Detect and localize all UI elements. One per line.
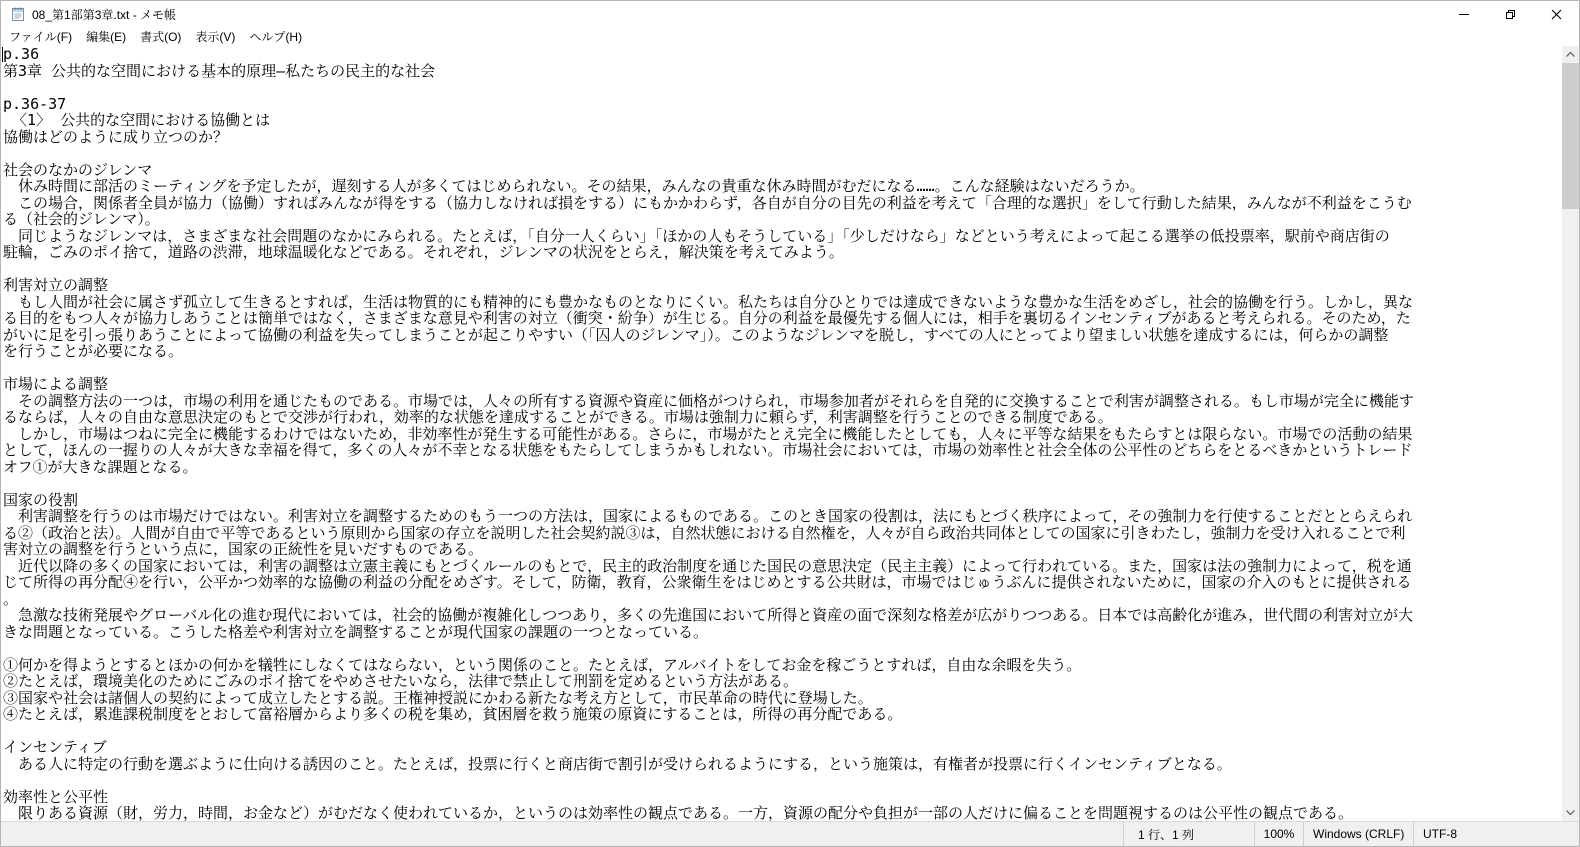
menu-view[interactable]: 表示(V) [188, 26, 242, 47]
text-line: る（社会的ジレンマ）。 [3, 211, 1562, 228]
text-line [3, 475, 1562, 492]
text-line: 駐輪，ごみのポイ捨て，道路の渋滞，地球温暖化などである。それぞれ，ジレンマの状況… [3, 244, 1562, 261]
close-icon [1551, 9, 1562, 20]
text-line [3, 360, 1562, 377]
text-line: 害対立の調整を行うという点に，国家の正統性を見いだすものである。 [3, 541, 1562, 558]
text-line: 同じようなジレンマは，さまざまな社会問題のなかにみられる。たとえば，「自分一人く… [3, 228, 1562, 245]
scroll-up-button[interactable] [1562, 46, 1579, 63]
chevron-up-icon [1566, 52, 1575, 57]
menu-file[interactable]: ファイル(F) [2, 26, 79, 47]
text-line: じて所得の再分配④を行い，公平かつ効率的な協働の利益の分配をめざす。そして，防衛… [3, 574, 1562, 591]
text-line: 利害対立の調整 [3, 277, 1562, 294]
text-line: 協働はどのように成り立つのか？ [3, 129, 1562, 146]
status-line-ending: Windows (CRLF) [1303, 822, 1413, 846]
status-cursor-position: 1 行、1 列 [1123, 822, 1254, 846]
text-line: る②（政治と法）。人間が自由で平等であるという原則から国家の存立を説明した社会契… [3, 525, 1562, 542]
text-line: として，ほんの一握りの人々が大きな幸福を得て，多くの人々が不幸となる状態をもたら… [3, 442, 1562, 459]
text-line: 休み時間に部活のミーティングを予定したが，遅刻する人が多くてはじめられない。その… [3, 178, 1562, 195]
text-line: p.36-37 [3, 96, 1562, 113]
text-line: ①何かを得ようとするとほかの何かを犠牲にしなくてはならない，という関係のこと。た… [3, 657, 1562, 674]
minimize-icon [1459, 14, 1469, 15]
text-line [3, 723, 1562, 740]
text-line: ③国家や社会は諸個人の契約によって成立したとする説。王権神授説にかわる新たな考え… [3, 690, 1562, 707]
menu-help[interactable]: ヘルプ(H) [242, 26, 309, 47]
menu-bar: ファイル(F)編集(E)書式(O)表示(V)ヘルプ(H) [1, 27, 1579, 46]
document-text: p.36第3章 公共的な空間における基本的原理―私たちの民主的な社会p.36-3… [3, 46, 1562, 821]
text-line [3, 145, 1562, 162]
text-line [3, 772, 1562, 789]
status-encoding: UTF-8 [1413, 822, 1580, 846]
text-line: るならば，人々の自由な意思決定のもとで交渉が行われ，効率的な状態を達成することが… [3, 409, 1562, 426]
text-line: 限りある資源（財，労力，時間，お金など）がむだなく使われているか，というのは効率… [3, 805, 1562, 821]
text-line: 市場による調整 [3, 376, 1562, 393]
text-line: を行うことが必要になる。 [3, 343, 1562, 360]
window-title: 08_第1部第3章.txt - メモ帳 [32, 6, 176, 23]
text-line: 近代以降の多くの国家においては，利害の調整は立憲主義にもとづくルールのもとで，民… [3, 558, 1562, 575]
text-line [3, 261, 1562, 278]
text-line: る目的をもつ人々が協力しあうことは簡単ではなく，さまざまな意見や利害の対立（衝突… [3, 310, 1562, 327]
status-bar: 1 行、1 列 100% Windows (CRLF) UTF-8 [1, 821, 1579, 846]
chevron-down-icon [1566, 810, 1575, 815]
text-line: しかし，市場はつねに完全に機能するわけではないため，非効率性が発生する可能性があ… [3, 426, 1562, 443]
text-line: がいに足を引っ張りあうことによって協働の利益を失ってしまうことが起こりやすい（「… [3, 327, 1562, 344]
text-line: p.36 [3, 46, 1562, 63]
text-line: 第3章 公共的な空間における基本的原理―私たちの民主的な社会 [3, 63, 1562, 80]
window-controls [1441, 1, 1579, 27]
text-line: この場合，関係者全員が協力（協働）すればみんなが得をする（協力しなければ損をする… [3, 195, 1562, 212]
scrollbar-thumb[interactable] [1562, 63, 1579, 209]
notepad-window: 08_第1部第3章.txt - メモ帳 ファイル(F)編集(E)書式(O)表示(… [0, 0, 1580, 847]
restore-icon [1505, 9, 1516, 20]
notepad-icon [10, 6, 26, 22]
menu-format[interactable]: 書式(O) [133, 26, 188, 47]
menu-edit[interactable]: 編集(E) [79, 26, 133, 47]
minimize-button[interactable] [1441, 1, 1487, 27]
close-button[interactable] [1533, 1, 1579, 27]
text-line: 利害調整を行うのは市場だけではない。利害対立を調整するためのもう一つの方法は，国… [3, 508, 1562, 525]
text-editor-area[interactable]: p.36第3章 公共的な空間における基本的原理―私たちの民主的な社会p.36-3… [1, 46, 1579, 821]
text-line: オフ①が大きな課題となる。 [3, 459, 1562, 476]
text-line [3, 79, 1562, 96]
text-line: 。 [3, 591, 1562, 608]
restore-button[interactable] [1487, 1, 1533, 27]
text-line: 〈1〉 公共的な空間における協働とは [3, 112, 1562, 129]
text-line: ④たとえば，累進課税制度をとおして富裕層からより多くの税を集め，貧困層を救う施策… [3, 706, 1562, 723]
text-line: 国家の役割 [3, 492, 1562, 509]
text-line: 効率性と公平性 [3, 789, 1562, 806]
text-line: きな問題となっている。こうした格差や利害対立を調整することが現代国家の課題の一つ… [3, 624, 1562, 641]
text-line: その調整方法の一つは，市場の利用を通じたものである。市場では，人々の所有する資源… [3, 393, 1562, 410]
text-line: ②たとえば，環境美化のためにごみのポイ捨てをやめさせたいなら，法律で禁止して刑罰… [3, 673, 1562, 690]
scroll-down-button[interactable] [1562, 804, 1579, 821]
text-line: インセンティブ [3, 739, 1562, 756]
text-line: もし人間が社会に属さず孤立して生きるとすれば，生活は物質的にも精神的にも豊かなも… [3, 294, 1562, 311]
vertical-scrollbar[interactable] [1562, 46, 1579, 821]
text-line: 急激な技術発展やグローバル化の進む現代においては，社会的協働が複雑化しつつあり，… [3, 607, 1562, 624]
text-line: ある人に特定の行動を選ぶように仕向ける誘因のこと。たとえば，投票に行くと商店街で… [3, 756, 1562, 773]
text-line [3, 640, 1562, 657]
text-line: 社会のなかのジレンマ [3, 162, 1562, 179]
status-zoom-level: 100% [1254, 822, 1303, 846]
title-bar[interactable]: 08_第1部第3章.txt - メモ帳 [1, 1, 1579, 27]
